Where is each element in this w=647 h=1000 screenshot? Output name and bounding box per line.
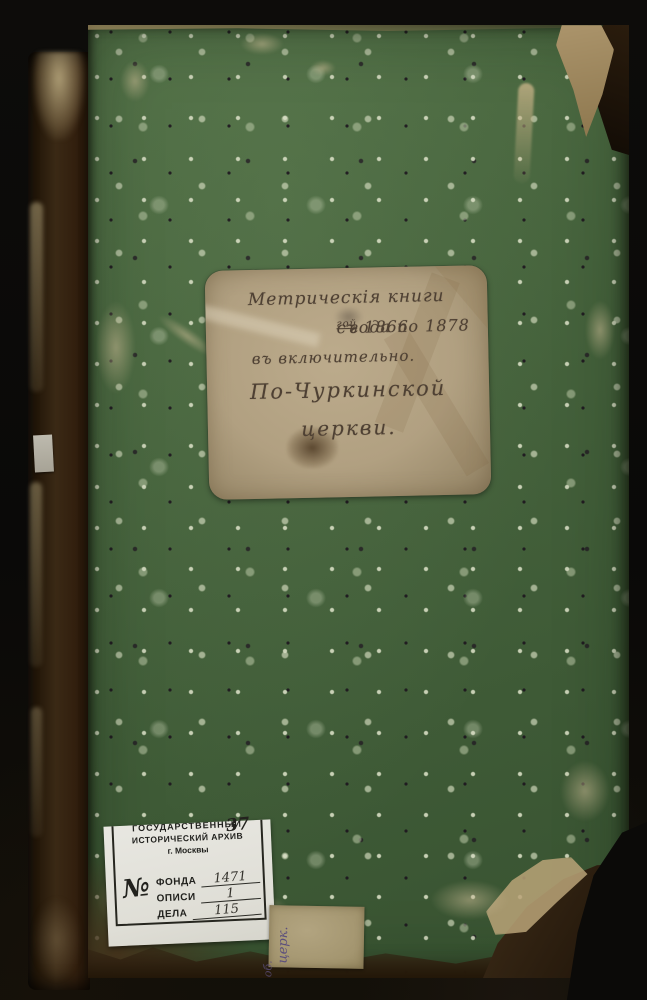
spine-wear-patch bbox=[32, 897, 82, 982]
wear-blotch bbox=[310, 60, 336, 76]
stamp-field-delo: ДЕЛА 115 bbox=[157, 900, 262, 921]
title-label: Метрическія книги съ 1866го года по 1878… bbox=[205, 265, 492, 500]
handwritten-page-number: 37 bbox=[225, 814, 251, 836]
spine-wear-patch bbox=[31, 707, 42, 837]
archival-photo-stage: Метрическія книги съ 1866го года по 1878… bbox=[0, 0, 647, 1000]
spine-wear-patch bbox=[30, 482, 42, 667]
cover-top-worn-edge bbox=[88, 25, 588, 31]
wear-blotch bbox=[585, 300, 615, 360]
archive-stamp-label: ГОСУДАРСТВЕННЫЙ ИСТОРИЧЕСКИЙ АРХИВ г. Мо… bbox=[103, 819, 275, 946]
title-line-3: въ включительно. bbox=[205, 345, 475, 369]
spine-blank-sticker bbox=[33, 435, 54, 473]
wear-blotch bbox=[560, 760, 610, 822]
wear-blotch bbox=[240, 33, 284, 55]
book-spine bbox=[28, 52, 90, 990]
spine-wear-patch bbox=[33, 52, 85, 140]
spine-wear-patch bbox=[30, 202, 43, 392]
wear-blotch bbox=[120, 60, 150, 102]
wear-blotch bbox=[96, 300, 136, 395]
title-line-2-text: года по 1878 bbox=[349, 315, 470, 337]
stamp-field-label: ДЕЛА bbox=[157, 908, 187, 920]
pale-drip-mark bbox=[513, 83, 534, 184]
numero-symbol: № bbox=[117, 871, 156, 904]
small-label-vertical-text-2: об. bbox=[261, 960, 274, 977]
stamp-field-value: 115 bbox=[192, 902, 262, 920]
wear-blotch bbox=[430, 880, 510, 920]
small-label-vertical-text: церк. bbox=[276, 926, 292, 963]
small-paper-label: церк. об. bbox=[268, 905, 364, 969]
stamp-border-box: ГОСУДАРСТВЕННЫЙ ИСТОРИЧЕСКИЙ АРХИВ г. Мо… bbox=[111, 819, 267, 926]
